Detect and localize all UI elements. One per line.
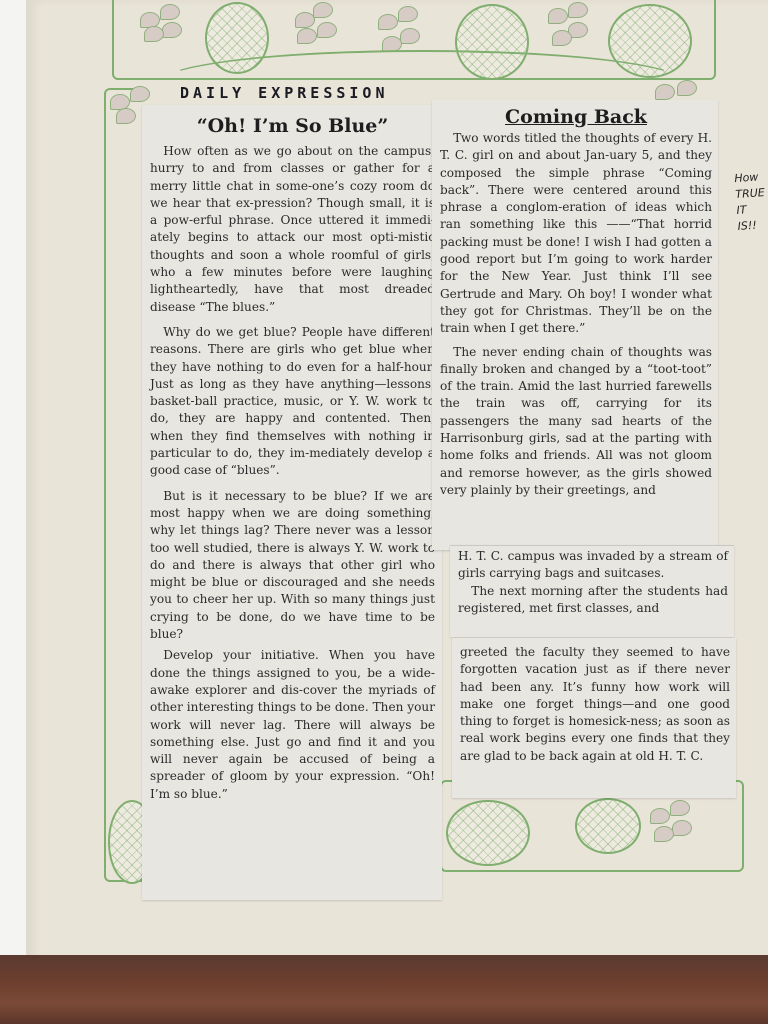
- wooden-table: [0, 955, 768, 1024]
- article-paragraph: The never ending chain of thoughts was f…: [440, 344, 712, 500]
- article-paragraph: greeted the faculty they seemed to have …: [460, 644, 730, 765]
- top-flower-2: [295, 2, 339, 36]
- bottom-leaf-3: [575, 798, 641, 854]
- bottom-flower: [650, 800, 694, 834]
- article-paragraph: How often as we go about on the campus, …: [150, 143, 435, 316]
- clipping-coming-back-continued: H. T. C. campus was invaded by a stream …: [450, 545, 734, 637]
- handwritten-margin-note: How TRUE IT IS!!: [734, 169, 768, 235]
- article-paragraph: Two words titled the thoughts of every H…: [440, 130, 712, 338]
- clipping-oh-im-so-blue: “Oh! I’m So Blue” How often as we go abo…: [142, 105, 442, 900]
- top-flower-4: [548, 2, 592, 36]
- article-title: “Oh! I’m So Blue”: [150, 115, 435, 137]
- article-paragraph: Develop your initiative. When you have d…: [150, 647, 435, 803]
- clipping-coming-back: Coming Back Two words titled the thought…: [432, 100, 718, 550]
- article-paragraph: H. T. C. campus was invaded by a stream …: [458, 548, 728, 583]
- top-flower-3: [378, 6, 422, 40]
- top-flower-1: [140, 4, 184, 38]
- clipping-coming-back-end: greeted the faculty they seemed to have …: [452, 638, 736, 798]
- note-line: TRUE: [735, 185, 765, 203]
- bottom-leaf-2: [446, 800, 530, 866]
- article-paragraph: The next morning after the students had …: [458, 583, 728, 618]
- handwritten-label: DAILY EXPRESSION: [180, 84, 389, 102]
- article-paragraph: Why do we get blue? People have differen…: [150, 324, 435, 480]
- article-paragraph: But is it necessary to be blue? If we ar…: [150, 488, 435, 644]
- adjacent-page-edge: [0, 0, 26, 1024]
- article-title: Coming Back: [440, 106, 712, 128]
- note-line: IS!!: [737, 217, 767, 235]
